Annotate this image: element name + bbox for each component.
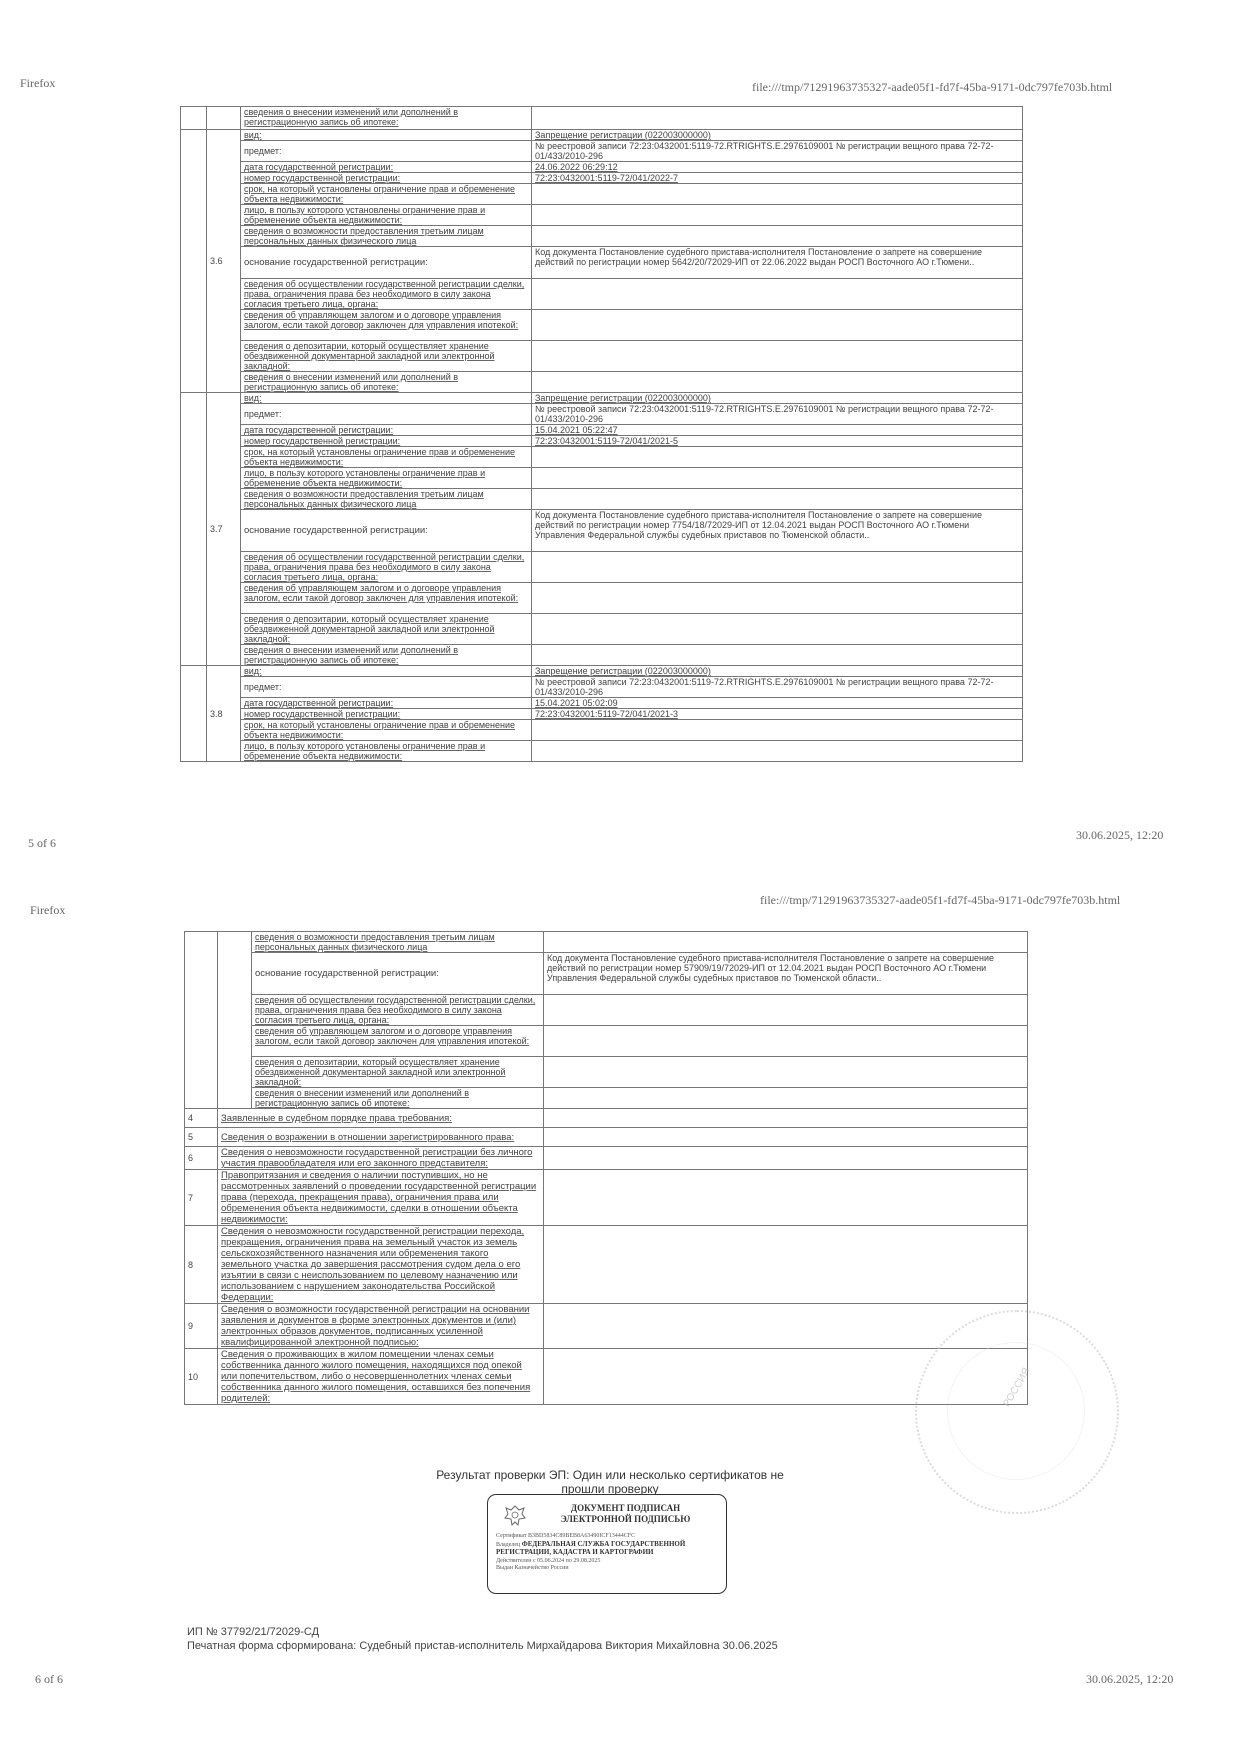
- section-value: [544, 1128, 1028, 1147]
- field-value: Запрещение регистрации (022003000000): [532, 393, 1023, 404]
- section-row: 4Заявленные в судебном порядке права тре…: [185, 1109, 1028, 1128]
- egrn-table-page2: сведения о возможности предоставления тр…: [184, 931, 1028, 1405]
- certificate-validity: Действителен с 05.06.2024 по 29.08.2025: [496, 1558, 722, 1566]
- row-label: сведения о внесении изменений или дополн…: [241, 107, 532, 130]
- field-value: Код документа Постановление судебного пр…: [532, 247, 1023, 279]
- field-value: 72:23:0432001:5119-72/041/2021-3: [532, 709, 1023, 720]
- printed-by: Печатная форма сформирована: Судебный пр…: [187, 1639, 778, 1653]
- field-value: 72:23:0432001:5119-72/041/2022-7: [532, 173, 1023, 184]
- section-label: Сведения о возможности государственной р…: [218, 1304, 544, 1349]
- section-row: 10Сведения о проживающих в жилом помещен…: [185, 1349, 1028, 1405]
- section-label: Сведения о возражении в отношении зареги…: [218, 1128, 544, 1147]
- section-number: 3.8: [207, 666, 241, 762]
- section-number: 3.7: [207, 393, 241, 666]
- certificate-owner: ФЕДЕРАЛЬНАЯ СЛУЖБА ГОСУДАРСТВЕННОЙ РЕГИС…: [496, 1540, 685, 1557]
- field-value: 24.06.2022 06:29:12: [532, 162, 1023, 173]
- section-label: Сведения о невозможности государственной…: [218, 1226, 544, 1304]
- certificate-id: B3BD5834C89BEB8A63490ICF13444CFC: [528, 1533, 635, 1539]
- browser-name: Firefox: [20, 76, 55, 91]
- section-number: 7: [185, 1170, 218, 1226]
- section-number: 8: [185, 1226, 218, 1304]
- field-value: № реестровой записи 72:23:0432001:5119-7…: [532, 677, 1023, 698]
- certificate-issuer: Выдан Казначейство России: [496, 1565, 722, 1573]
- section-number: 10: [185, 1349, 218, 1405]
- e-signature-stamp: ДОКУМЕНТ ПОДПИСАН ЭЛЕКТРОННОЙ ПОДПИСЬЮ С…: [487, 1494, 727, 1594]
- document-footer: ИП № 37792/21/72029-СД Печатная форма сф…: [187, 1625, 778, 1653]
- section-row: 6Сведения о невозможности государственно…: [185, 1147, 1028, 1170]
- section-number: 9: [185, 1304, 218, 1349]
- field-value: Код документа Постановление судебного пр…: [544, 953, 1028, 995]
- field-value: Запрещение регистрации (022003000000): [532, 130, 1023, 141]
- official-seal-stamp: РОССИЯ: [915, 1310, 1119, 1514]
- page-counter: 6 of 6: [35, 1672, 63, 1687]
- print-timestamp: 30.06.2025, 12:20: [1076, 828, 1163, 843]
- section-value: [544, 1170, 1028, 1226]
- section-label: Сведения о невозможности государственной…: [218, 1147, 544, 1170]
- page-url: file:///tmp/71291963735327-aade05f1-fd7f…: [752, 80, 1112, 95]
- section-label: Правопритязания и сведения о наличии пос…: [218, 1170, 544, 1226]
- field-value: 15.04.2021 05:22:47: [532, 425, 1023, 436]
- browser-name: Firefox: [30, 903, 65, 918]
- field-value: Запрещение регистрации (022003000000): [532, 666, 1023, 677]
- page-url: file:///tmp/71291963735327-aade05f1-fd7f…: [760, 893, 1120, 908]
- section-number: 5: [185, 1128, 218, 1147]
- field-value: 72:23:0432001:5119-72/041/2021-5: [532, 436, 1023, 447]
- section-row: 7Правопритязания и сведения о наличии по…: [185, 1170, 1028, 1226]
- section-value: [544, 1147, 1028, 1170]
- section-number: 6: [185, 1147, 218, 1170]
- coat-of-arms-icon: [502, 1503, 528, 1529]
- section-value: [544, 1226, 1028, 1304]
- egrn-table-page1: сведения о внесении изменений или дополн…: [180, 106, 1023, 762]
- page-counter: 5 of 6: [28, 836, 56, 851]
- field-value: № реестровой записи 72:23:0432001:5119-7…: [532, 404, 1023, 425]
- section-label: Заявленные в судебном порядке права треб…: [218, 1109, 544, 1128]
- section-row: 5Сведения о возражении в отношении зарег…: [185, 1128, 1028, 1147]
- section-value: [544, 1109, 1028, 1128]
- field-value: № реестровой записи 72:23:0432001:5119-7…: [532, 141, 1023, 162]
- section-row: 8Сведения о невозможности государственно…: [185, 1226, 1028, 1304]
- section-label: Сведения о проживающих в жилом помещении…: [218, 1349, 544, 1405]
- section-number: 4: [185, 1109, 218, 1128]
- signature-check-result: Результат проверки ЭП: Один или нескольк…: [420, 1468, 800, 1496]
- field-value: 15.04.2021 05:02:09: [532, 698, 1023, 709]
- section-row: 9Сведения о возможности государственной …: [185, 1304, 1028, 1349]
- field-value: Код документа Постановление судебного пр…: [532, 510, 1023, 552]
- section-number: 3.6: [207, 130, 241, 393]
- print-timestamp: 30.06.2025, 12:20: [1086, 1672, 1173, 1687]
- case-number: ИП № 37792/21/72029-СД: [187, 1625, 778, 1639]
